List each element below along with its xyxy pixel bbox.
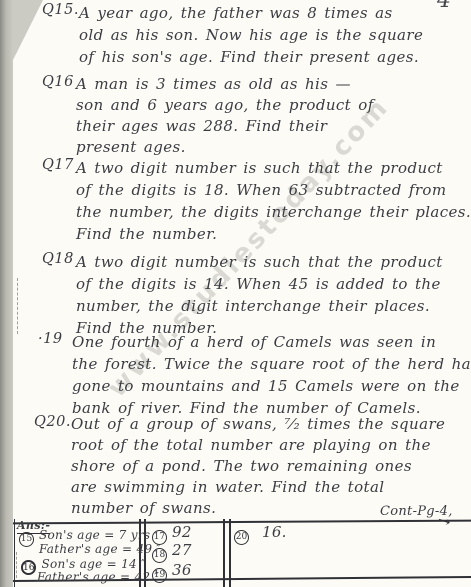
question-15: Q15. A year ago, the father was 8 times … <box>42 2 469 68</box>
question-line: their ages was 288. Find their <box>76 116 469 137</box>
question-line: number, the digit interchange their plac… <box>76 295 469 317</box>
question-line: One fourth of a herd of Camels was seen … <box>72 331 469 353</box>
question-15-number: Q15. <box>42 2 79 68</box>
question-line: A year ago, the father was 8 times as <box>79 2 469 24</box>
question-17: Q17 A two digit number is such that the … <box>42 157 469 245</box>
question-line: Find the number. <box>76 223 469 245</box>
scanned-notebook-page: www.studiestoday.com 4 Q15. A year ago, … <box>0 0 471 587</box>
answer-q15-line-1: Son's age = 7 yrs <box>39 528 150 542</box>
question-line: son and 6 years ago, the product of <box>76 95 469 116</box>
circled-number-19: 19 <box>152 568 167 583</box>
answer-q16-line-2: Father's age = 42 ″ <box>37 570 159 584</box>
answer-q17-value: 92 <box>172 523 192 541</box>
question-line: the number, the digits interchange their… <box>76 201 469 223</box>
circled-number-16: 16 <box>21 560 36 575</box>
question-line: of the digits is 18. When 63 subtracted … <box>76 179 469 201</box>
question-line: of the digits is 14. When 45 is added to… <box>76 273 469 295</box>
question-16-text: A man is 3 times as old as his — son and… <box>76 74 469 158</box>
answer-q20-value: 16. <box>262 523 287 541</box>
margin-dash-mark <box>16 552 17 578</box>
question-line: of his son's age. Find their present age… <box>79 46 469 68</box>
answer-q18-value: 27 <box>172 541 192 559</box>
answer-q16-line-1: Son's age = 14 ″ <box>41 557 145 571</box>
question-18-number: Q18 <box>42 251 76 339</box>
question-19-number: ·19 <box>38 331 72 419</box>
answer-q19-value: 36 <box>172 561 192 579</box>
answer-q15-line-2: Father's age = 49 ″ <box>39 542 161 556</box>
question-line: present ages. <box>76 137 469 158</box>
question-19: ·19 One fourth of a herd of Camels was s… <box>38 331 469 419</box>
question-line: A man is 3 times as old as his — <box>76 74 469 95</box>
question-line: A two digit number is such that the prod… <box>76 157 469 179</box>
question-line: the forest. Twice the square root of the… <box>72 353 469 375</box>
question-line: old as his son. Now his age is the squar… <box>79 24 469 46</box>
question-line: Out of a group of swans, ⁷⁄₂ times the s… <box>71 414 469 435</box>
question-line: shore of a pond. The two remaining ones <box>71 456 469 477</box>
question-16-number: Q16 <box>42 74 76 158</box>
answer-q16-row: Father's age = 42 ″ <box>37 570 159 584</box>
question-17-text: A two digit number is such that the prod… <box>76 157 469 245</box>
question-line: root of the total number are playing on … <box>71 435 469 456</box>
answers-table-divider-2 <box>229 519 231 587</box>
question-19-text: One fourth of a herd of Camels was seen … <box>72 331 469 419</box>
answer-q15-row: Father's age = 49 ″ <box>39 542 161 556</box>
question-20-number: Q20. <box>34 414 71 519</box>
answers-table-divider-2 <box>223 519 225 587</box>
answer-q19-row: 1936 <box>152 561 192 583</box>
question-16: Q16 A man is 3 times as old as his — son… <box>42 74 469 158</box>
circled-number-15: 15 <box>19 532 34 547</box>
question-18-text: A two digit number is such that the prod… <box>76 251 469 339</box>
question-18: Q18 A two digit number is such that the … <box>42 251 469 339</box>
question-15-text: A year ago, the father was 8 times as ol… <box>79 2 469 68</box>
paper-sheet: www.studiestoday.com 4 Q15. A year ago, … <box>13 0 471 587</box>
answers-table-left-rule <box>14 519 16 587</box>
question-17-number: Q17 <box>42 157 76 245</box>
circled-number-20: 20 <box>234 530 249 545</box>
margin-dash-mark <box>17 278 18 334</box>
question-line: are swimming in water. Find the total <box>71 477 469 498</box>
answer-q18-row: 1827 <box>152 541 192 563</box>
question-line: gone to mountains and 15 Camels were on … <box>72 375 469 397</box>
question-line: A two digit number is such that the prod… <box>76 251 469 273</box>
answer-q20-row: 2016. <box>234 523 287 545</box>
